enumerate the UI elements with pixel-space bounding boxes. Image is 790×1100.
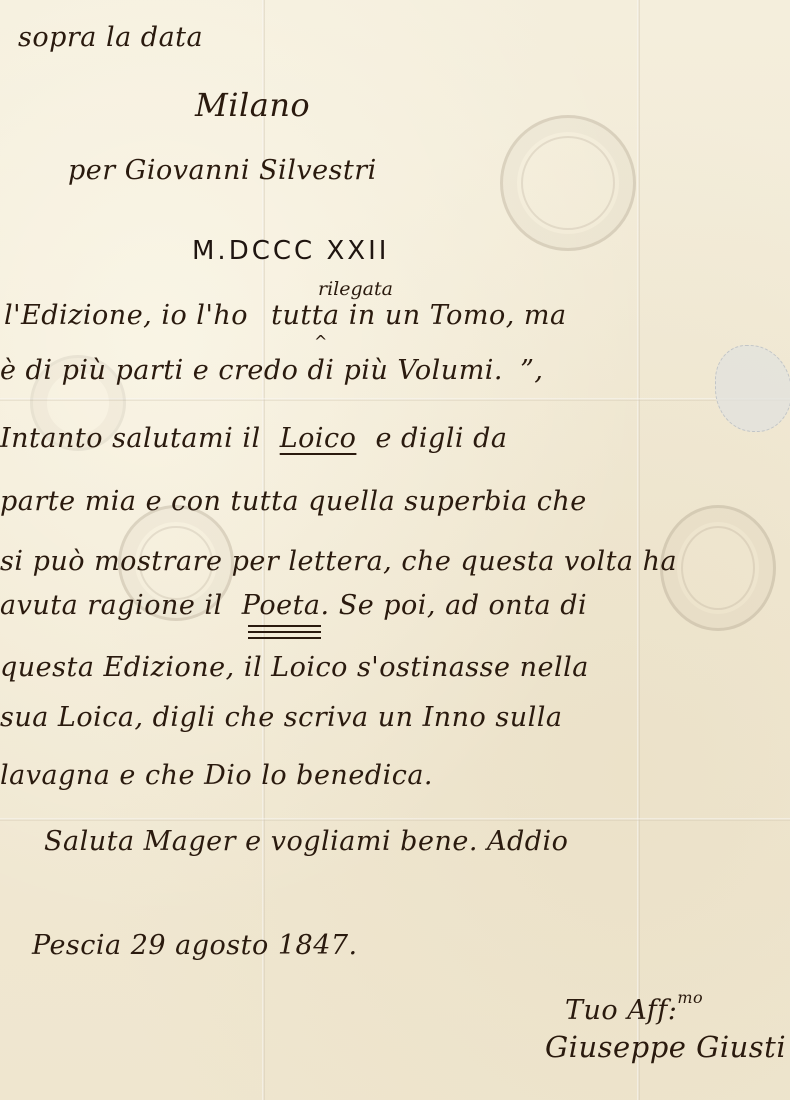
text-segment: tutta in un Tomo, ma — [271, 300, 566, 331]
publisher-line: per Giovanni Silvestri — [68, 155, 377, 186]
roman-year: M.DCCC XXII — [192, 236, 389, 266]
text-line: l'Edizione, io l'ho tutta in un Tomo, ma — [4, 300, 567, 331]
salutation: Tuo Aff:mo — [565, 988, 703, 1026]
text-segment: e digli da — [376, 423, 508, 454]
text-line: questa Edizione, il Loico s'ostinasse ne… — [0, 652, 589, 683]
closing-quote-mark: ”, — [520, 355, 543, 386]
insertion-caret: ^ — [314, 332, 327, 351]
text-segment: è di più parti e credo di più Volumi. — [0, 355, 503, 386]
interlinear-insertion: rilegata — [318, 278, 393, 300]
wax-seal-remnant — [715, 345, 790, 432]
text-line: avuta ragione il Poeta. Se poi, ad onta … — [0, 590, 587, 621]
text-line: Intanto salutami il Loico e digli da — [0, 423, 508, 454]
city-heading: Milano — [195, 86, 310, 124]
underlined-word: Loico — [280, 423, 357, 454]
text-segment: . Se poi, ad onta di — [321, 590, 588, 621]
postmark-stamp — [660, 505, 776, 631]
text-line: si può mostrare per lettera, che questa … — [0, 546, 677, 577]
postmark-stamp — [500, 115, 636, 251]
text-segment: Intanto salutami il — [0, 423, 261, 454]
text-segment: avuta ragione il — [0, 590, 223, 621]
text-line: parte mia e con tutta quella superbia ch… — [0, 486, 587, 517]
text-line: è di più parti e credo di più Volumi. ”, — [0, 355, 544, 386]
salutation-superscript: mo — [677, 988, 703, 1007]
place-date: Pescia 29 agosto 1847. — [32, 930, 358, 961]
text-line: sua Loica, digli che scriva un Inno sull… — [0, 702, 562, 733]
text-line: lavagna e che Dio lo benedica. — [0, 760, 433, 791]
signature: Giuseppe Giusti — [545, 1030, 786, 1064]
triple-underlined-word: Poeta — [242, 590, 321, 621]
closing-greeting: Saluta Mager e vogliami bene. Addio — [44, 826, 568, 857]
text-line: sopra la data — [18, 22, 203, 53]
paper-fold-horizontal — [0, 818, 790, 821]
text-segment: l'Edizione, io l'ho — [4, 300, 248, 331]
salutation-text: Tuo Aff: — [565, 995, 677, 1026]
